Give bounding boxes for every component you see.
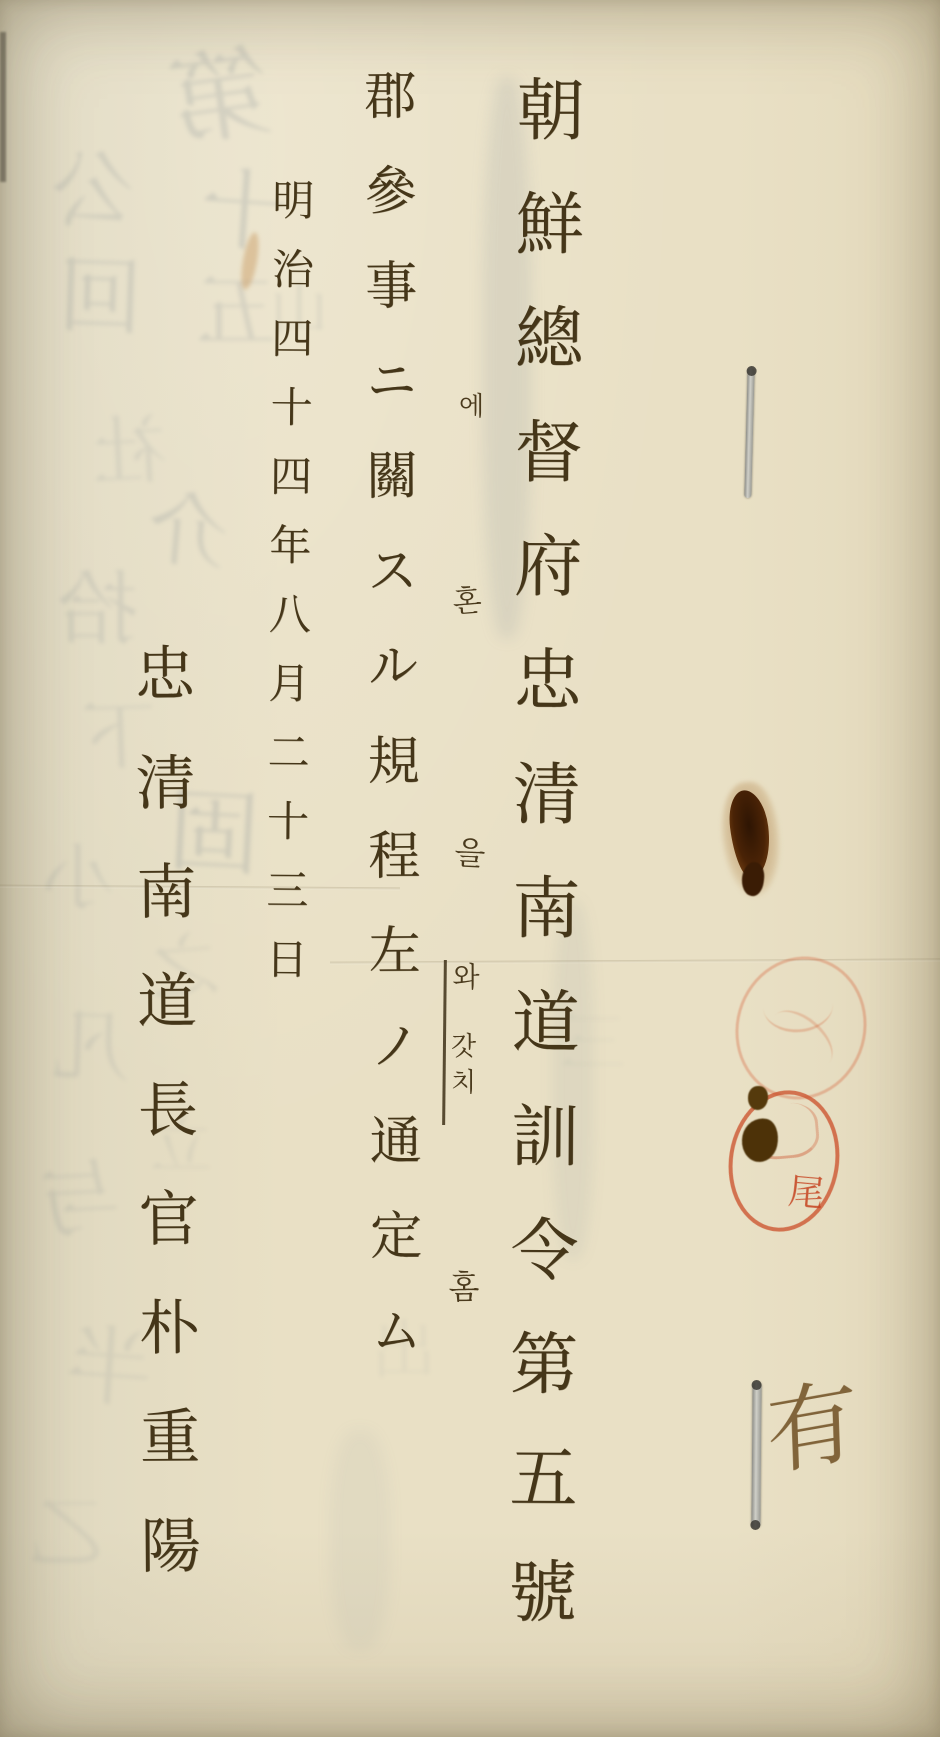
title-column: 朝鮮總督府忠清南道訓令第五號 [502,74,578,1670]
korean-gloss: 홈 [446,1270,478,1302]
korean-gloss: 와 [450,962,478,990]
bleedthrough-glyph: 公 [49,147,137,235]
paper-crease [0,885,400,891]
marginal-brush-mark: 有 [765,1374,859,1483]
korean-gloss: 갓치 [448,1032,474,1104]
korean-gloss: 에 [456,392,482,418]
body-column: 郡參事ニ關スル規程左ノ通定ム [359,68,418,1398]
staple-top [744,368,754,498]
bleedthrough-glyph: 介 [145,489,232,576]
bleedthrough-glyph: 社 [90,413,168,491]
staple-end [750,1520,760,1530]
page-edge-shadow [0,32,6,182]
red-seal-faint [719,941,884,1115]
seal-character: 尾 [787,1174,826,1213]
date-column: 明治四十四年八月二十三日 [262,178,311,1006]
bleedthrough-glyph: 回 [57,254,144,341]
bleedthrough-glyph: 乙 [28,1495,106,1573]
signature-column: 忠清南道長官朴重陽 [130,642,197,1623]
bleedthrough-glyph: 与 [36,1158,122,1244]
paper-crease [330,958,940,964]
bleedthrough-glyph: 凡 [51,1007,132,1088]
staple-end [746,366,756,376]
red-name-seal: 尾 [719,1082,850,1239]
document-scan: 第十五公回山社介拾下固小之凡与立半乙出三 朝鮮總督府忠清南道訓令第五號 郡參事ニ… [0,0,940,1737]
bleedthrough-glyph: 小 [42,842,114,914]
small-stain [238,231,262,291]
korean-gloss: 혼 [447,584,479,616]
bleedthrough-glyph: 拾 [58,570,138,650]
korean-gloss: 을 [451,835,485,869]
staple-end [752,1380,762,1390]
bleedthrough-glyph: 第 [164,42,277,155]
bleedthrough-smudge [330,1430,390,1650]
staple-bottom [751,1382,761,1528]
bleedthrough-glyph: 五 [196,272,276,352]
